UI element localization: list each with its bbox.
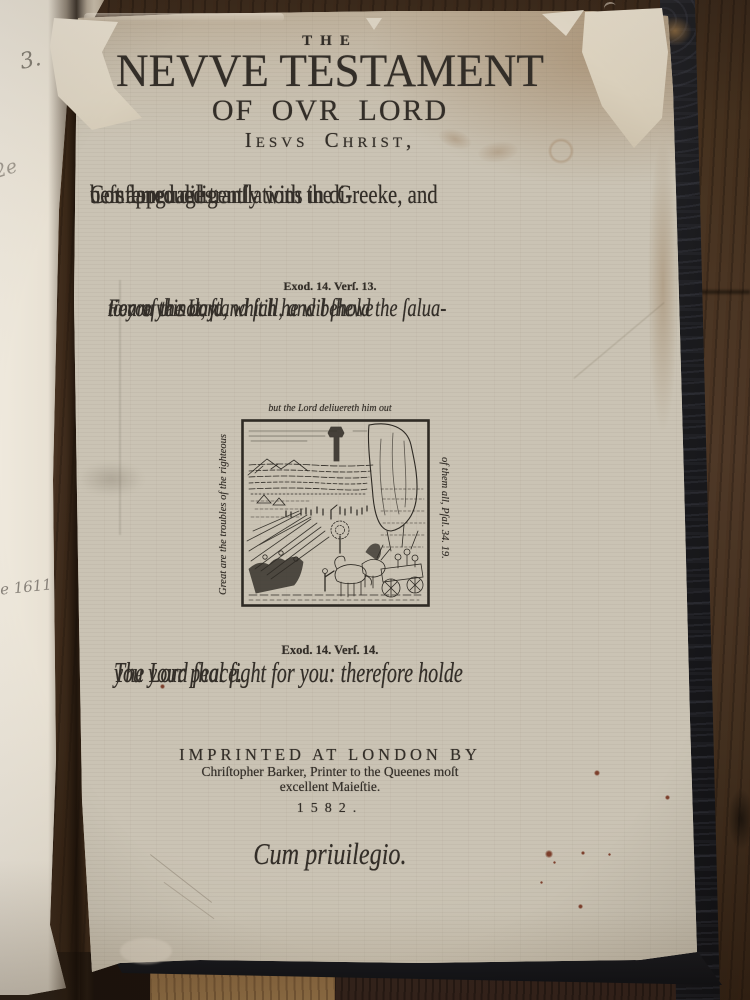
imprint-line3: excellent Maieſtie. <box>30 779 630 795</box>
foxing-spot <box>581 851 585 855</box>
subtitle-line: uers languages. <box>90 181 218 208</box>
stain <box>78 462 144 496</box>
photo-of-1582-new-testament-title-page: THE NEVVE TESTAMENT OF OVR LORD Iesvs Ch… <box>0 0 750 1000</box>
foxing-spot <box>540 881 543 884</box>
foxing-spot <box>578 904 583 909</box>
woodcut-caption-right: of them all, Pſal. 34. 19. <box>436 428 450 588</box>
imprint-year: 1582. <box>30 801 630 817</box>
foxing-spot <box>665 795 670 800</box>
foxing-spot <box>608 853 611 856</box>
verse1-line: to you this day. <box>108 294 220 324</box>
title-line-iesvs-christ: Iesvs Christ, <box>30 128 630 153</box>
woodcut-caption-left: Great are the troubles of the righteous <box>218 420 232 610</box>
table-shadow <box>728 788 750 850</box>
main-title: NEVVE TESTAMENT <box>42 44 618 98</box>
imprint-line2: Chriſtopher Barker, Printer to the Queen… <box>30 764 630 780</box>
verse2-line: you your peace. <box>114 656 242 691</box>
woodcut-illustration <box>241 419 430 607</box>
woodcut-caption-top: but the Lord deliuereth him out <box>60 402 600 414</box>
imprint-line1: IMPRINTED AT LONDON BY <box>30 745 630 765</box>
privilege-line: Cum priuilegio. <box>96 836 564 872</box>
verse1-reference: Exod. 14. Verſ. 13. <box>30 279 630 294</box>
torn-top-edge <box>84 13 284 22</box>
worn-corner <box>120 938 172 964</box>
stain <box>648 140 678 430</box>
